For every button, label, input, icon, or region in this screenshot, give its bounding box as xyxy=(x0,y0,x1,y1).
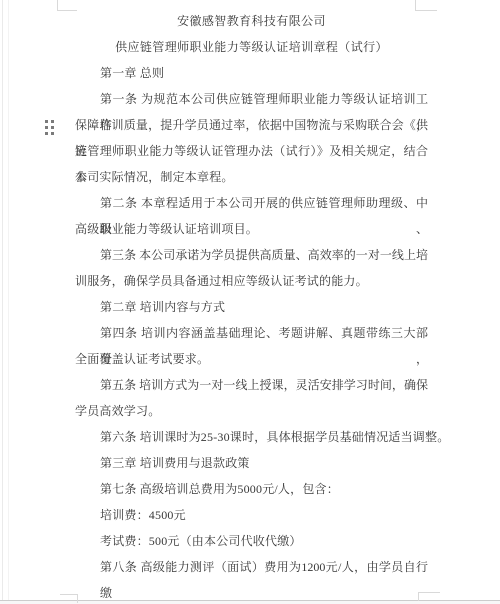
text-line: 第四条 培训内容涵盖基础理论、考题讲解、真题带练三大部分， xyxy=(75,320,428,346)
text-boundary-mark-bottom-right xyxy=(418,592,440,593)
text-boundary-mark-bottom-left xyxy=(77,594,78,603)
chapter-3-heading: 第三章 培训费用与退款政策 xyxy=(75,450,428,476)
drag-handle-dots xyxy=(45,120,48,123)
text-line: 第二条 本章程适用于本公司开展的供应链管理师助理级、中级、 xyxy=(75,190,428,216)
text-line: 保障培训质量，提升学员通过率，依据中国物流与采购联合会《供应 xyxy=(75,112,428,138)
text-line: 第三条 本公司承诺为学员提供高质量、高效率的一对一线上培 xyxy=(75,242,428,268)
page-left-edge xyxy=(2,0,3,604)
text-line: 第六条 培训课时为25-30课时，具体根据学员基础情况适当调整。 xyxy=(75,424,428,450)
text-line: 训服务，确保学员具备通过相应等级认证考试的能力。 xyxy=(75,268,428,294)
text-line: 培训费：4500元 xyxy=(75,502,428,528)
text-line: 链管理师职业能力等级认证管理办法（试行）》及相关规定，结合本 xyxy=(75,138,428,164)
text-line: 公司实际情况，制定本章程。 xyxy=(75,164,428,190)
text-boundary-mark-bottom-left xyxy=(60,594,78,595)
page-left-edge-inner xyxy=(8,0,9,604)
document-text-block: 安徽感智教育科技有限公司 供应链管理师职业能力等级认证培训章程（试行） 第一章 … xyxy=(75,8,428,580)
drag-handle-icon[interactable] xyxy=(45,120,55,136)
text-line: 第一条 为规范本公司供应链管理师职业能力等级认证培训工作， xyxy=(75,86,428,112)
text-boundary-mark-bottom-right xyxy=(418,592,419,601)
text-line: 第五条 培训方式为一对一线上授课，灵活安排学习时间，确保 xyxy=(75,372,428,398)
text-boundary-mark-top-left xyxy=(57,10,77,11)
document-page: { "page": { "background": "#ffffff", "te… xyxy=(0,0,500,604)
page-title: 安徽感智教育科技有限公司 xyxy=(75,8,428,34)
text-line: 第七条 高级培训总费用为5000元/人，包含： xyxy=(75,476,428,502)
doc-subtitle: 供应链管理师职业能力等级认证培训章程（试行） xyxy=(75,34,428,60)
chapter-1-heading: 第一章 总则 xyxy=(75,60,428,86)
text-line: 学员高效学习。 xyxy=(75,398,428,424)
chapter-2-heading: 第二章 培训内容与方式 xyxy=(75,294,428,320)
text-line: 第八条 高级能力测评（面试）费用为1200元/人，由学员自行缴 xyxy=(75,554,428,580)
text-line: 考试费：500元（由本公司代收代缴） xyxy=(75,528,428,554)
